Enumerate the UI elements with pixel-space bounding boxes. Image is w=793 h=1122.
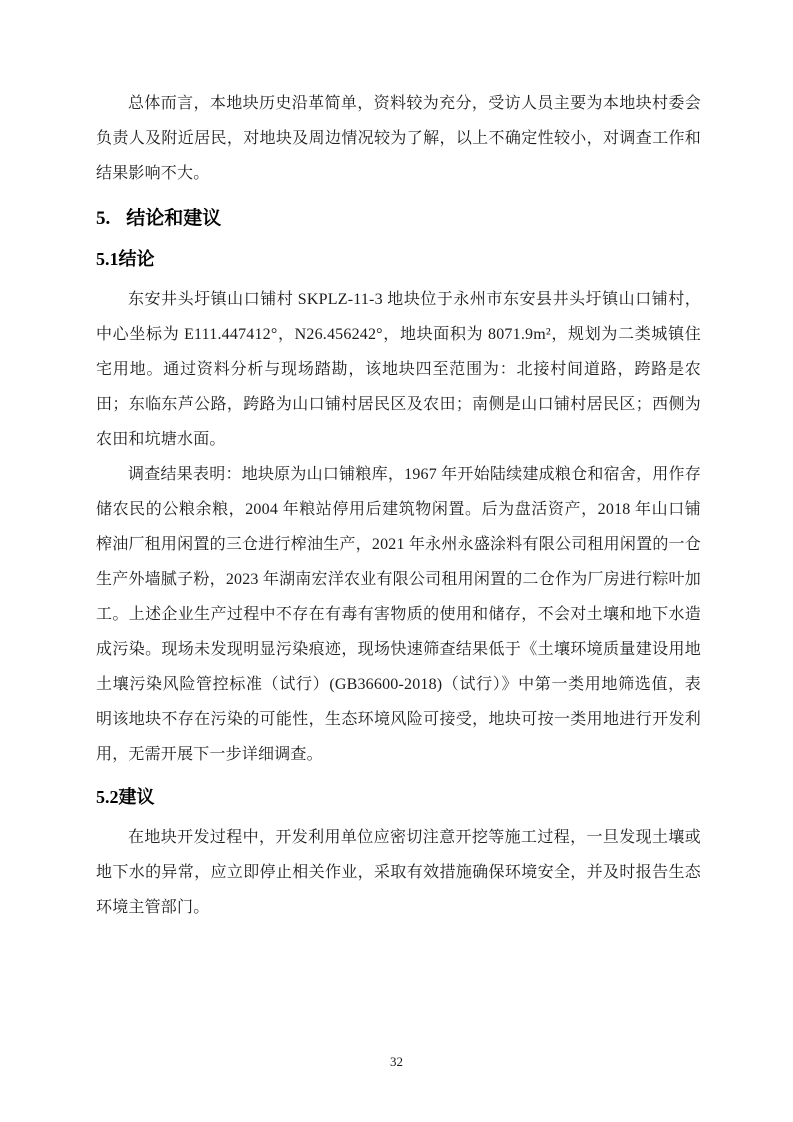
section-5-heading: 5.结论和建议 [96, 204, 701, 234]
section-5-number: 5. [96, 204, 110, 234]
page-number: 32 [0, 1054, 793, 1070]
recommendation-paragraph: 在地块开发过程中，开发利用单位应密切注意开挖等施工过程，一旦发现土壤或地下水的异… [96, 820, 701, 925]
intro-paragraph: 总体而言，本地块历史沿革简单，资料较为充分，受访人员主要为本地块村委会负责人及附… [96, 86, 701, 191]
page-content: 总体而言，本地块历史沿革简单，资料较为充分，受访人员主要为本地块村委会负责人及附… [96, 86, 701, 925]
conclusion-paragraph-2: 调查结果表明：地块原为山口铺粮库，1967 年开始陆续建成粮仓和宿舍，用作存储农… [96, 457, 701, 772]
subsection-5-1-heading: 5.1结论 [96, 245, 701, 273]
document-page: 总体而言，本地块历史沿革简单，资料较为充分，受访人员主要为本地块村委会负责人及附… [0, 0, 793, 1122]
section-5-title: 结论和建议 [126, 208, 221, 229]
subsection-5-2-heading: 5.2建议 [96, 783, 701, 811]
conclusion-paragraph-1: 东安井头圩镇山口铺村 SKPLZ-11-3 地块位于永州市东安县井头圩镇山口铺村… [96, 282, 701, 457]
